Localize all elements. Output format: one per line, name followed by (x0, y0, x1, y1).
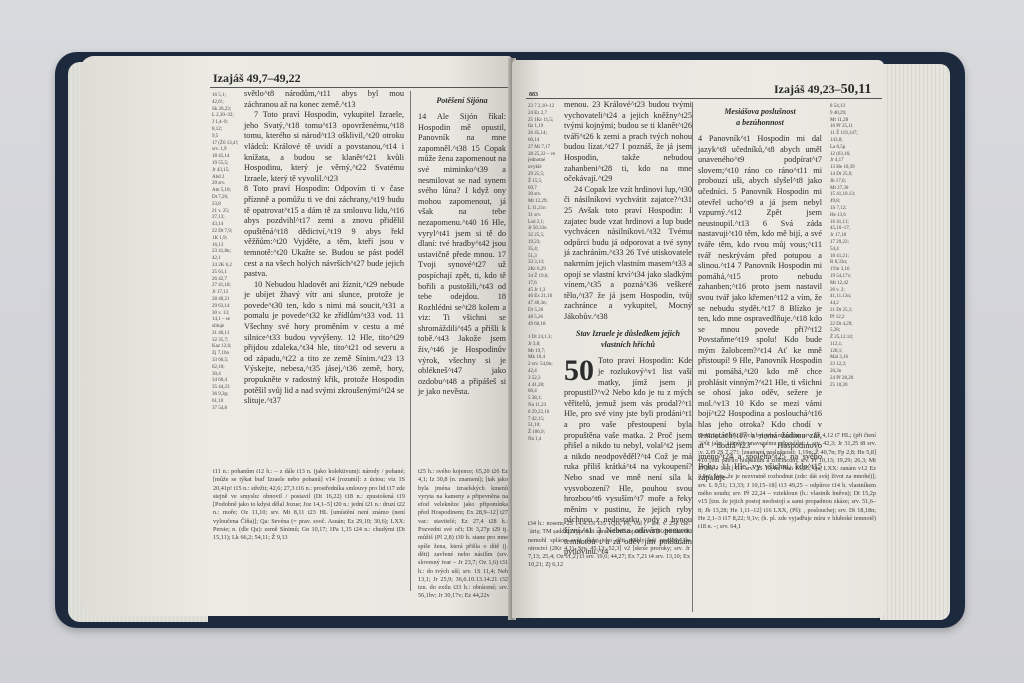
right-running-head: Izajáš 49,23–50,11 (774, 82, 871, 98)
chapter-number: 50 (564, 358, 594, 384)
right-cross-references-1: 23 7 2,10–12 24 Ez 2,7 25 1Kr 11,5; Iiz … (528, 104, 560, 444)
paragraph: 7 Toto praví Hospodin, vykupitel Izraele… (244, 110, 404, 184)
paragraph: 8 Toto praví Hospodin: Odpovím ti v čase… (244, 184, 404, 279)
right-text-column-1: menou. 23 Králové^t23 budou tvými vychov… (564, 100, 692, 558)
heading-line-2: a bezúhonnost (736, 118, 784, 127)
left-head-rule (210, 87, 510, 88)
heading-line-1: Mesiášova poslušnost (724, 107, 795, 116)
paragraph: 14 Ale Sijón říkal: Hospodin mě opustil,… (418, 112, 506, 398)
right-footnotes-1: t34 h.: nosem; 2S 14,4.33! t35 1QIs, Pš,… (528, 520, 690, 570)
right-running-head-small: Izajáš 49,23– (774, 82, 841, 96)
section-heading: Stav Izraele je důsledkem jejich vlastní… (564, 328, 692, 350)
right-page: 883 Izajáš 49,23–50,11 23 7 2,10–12 24 E… (512, 60, 884, 618)
left-column-divider (410, 91, 411, 591)
right-text-column-2: Mesiášova poslušnosta bezúhonnost 4 Pano… (698, 100, 822, 484)
paragraph: světlo^t8 národům,^t11 abys byl mou zách… (244, 89, 404, 110)
left-footnotes-1: t11 n.: pohanům t12 h.: – z dále t13 n. … (213, 468, 405, 543)
paragraph: 10 Nebudou hladovět ani žíznit,^t29 nebu… (244, 280, 404, 407)
right-footnotes-2: t5 42,1p! v6 [tj. abych byl jeho mluvčím… (698, 432, 876, 532)
left-page: Izajáš 49,7–49,22 16 5,1; 42,6!; Sk 26,2… (80, 56, 512, 616)
right-column-divider (692, 102, 693, 612)
left-cross-references: 16 5,1; 42,6!; Sk 26,23; L 2,30–32; J 1,… (212, 93, 244, 412)
section-heading: Mesiášova poslušnosta bezúhonnost (698, 106, 822, 128)
left-text-column-2: Potěšení Sijóna 14 Ale Sijón říkal: Hosp… (418, 89, 506, 398)
left-footnotes-2: t25 h.: svého kojence; 65,20 t26 Ez 4,1;… (418, 468, 508, 601)
left-text-column-1: světlo^t8 národům,^t11 abys byl mou zách… (244, 89, 404, 407)
right-page-block-edges (880, 64, 950, 620)
right-running-head-big: 50,11 (841, 82, 872, 97)
paragraph: 24 Copak lze vzít hrdinovi lup,^t30 či n… (564, 185, 692, 323)
left-running-head-text: Izajáš 49,7–49,22 (213, 71, 301, 85)
left-running-head: Izajáš 49,7–49,22 (213, 71, 301, 86)
right-head-rule (526, 98, 882, 99)
right-cross-references-2: 8 54,13 9 40,29; Mt 11,28 10 Př 25,11 11… (830, 104, 878, 389)
section-heading: Potěšení Sijóna (418, 95, 506, 106)
paragraph: menou. 23 Králové^t23 budou tvými vychov… (564, 100, 692, 185)
